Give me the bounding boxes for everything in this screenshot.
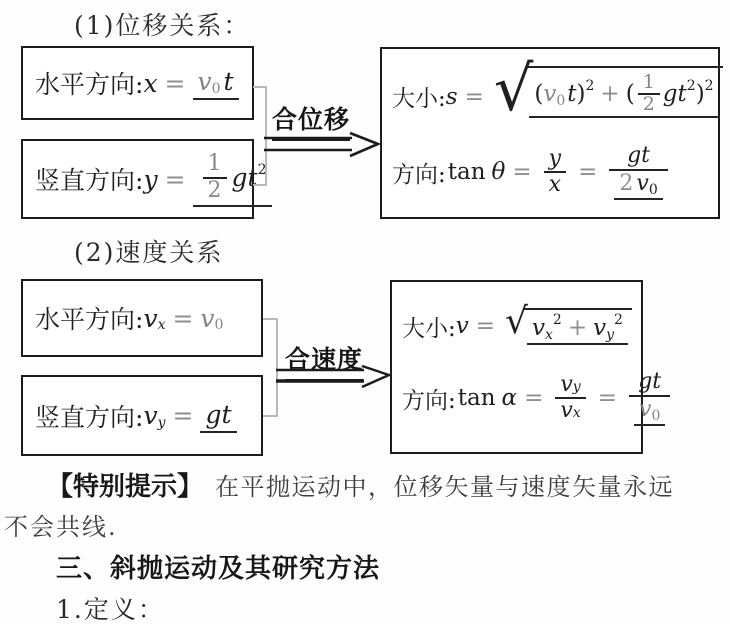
var-t: t (224, 67, 234, 96)
tan: tan (458, 385, 496, 411)
angle-theta: θ (492, 159, 506, 185)
tan: tan (448, 159, 486, 185)
subscript-0: 0 (651, 409, 660, 425)
radicand: v x 2 + v y 2 (524, 308, 632, 345)
var-v: v (200, 304, 214, 333)
paren: ( (534, 81, 543, 107)
section2-title: (2)速度关系 (74, 233, 223, 269)
subscript-y: y (606, 327, 614, 343)
paren: ( (626, 81, 635, 107)
plus-sign: + (568, 315, 587, 341)
var-t: t (678, 81, 687, 107)
equals-sign: = (165, 165, 186, 194)
horizontal-displacement-formula: 水平方向: x = v 0 t (35, 65, 239, 101)
special-note-tag: 【特别提示】 (47, 472, 203, 502)
paren: ) (577, 81, 586, 107)
special-note-text: 在平抛运动中，位移矢量与速度矢量永远 (215, 473, 674, 501)
velocity-direction-formula: 方向: tan α = vy vx = gt v0 (402, 370, 675, 426)
subscript-0: 0 (556, 93, 565, 109)
var-v: v (639, 398, 651, 423)
answer-blank: ( v 0 t ) 2 + ( 1 2 g t 2 (529, 72, 718, 119)
var-v: v (456, 313, 469, 339)
document-page: (1)位移关系： 水平方向: x = v 0 t 竖直方向: y = 1 2 g (0, 0, 729, 625)
var-v: v (143, 304, 157, 333)
radicand: ( v 0 t ) 2 + ( 1 2 g t 2 (526, 66, 722, 119)
equals-sign: = (578, 159, 597, 185)
equals-sign: = (512, 159, 531, 185)
answer-blank: gt (200, 399, 236, 433)
definition-item: 1.定义： (56, 590, 165, 625)
var-v: v (143, 401, 157, 430)
section3-heading: 三、斜抛运动及其研究方法 (56, 548, 380, 585)
var-gt: gt (633, 370, 666, 395)
subscript-x: x (545, 327, 553, 343)
equals-sign: = (524, 385, 543, 411)
velocity-magnitude-formula: 大小: v = √ v x 2 + v y 2 (402, 308, 632, 345)
var-v: v (543, 81, 556, 107)
label: 竖直方向: (35, 398, 143, 434)
var-y: y (143, 165, 157, 194)
equals-sign: = (598, 385, 617, 411)
angle-alpha: α (502, 385, 518, 411)
var-v: v (198, 67, 212, 96)
answer-blank: v0 (634, 397, 665, 427)
fraction-y-over-x: y x (544, 147, 566, 198)
right-arrow-icon (275, 365, 393, 390)
var-gt: gt (205, 400, 231, 429)
superscript-2: 2 (687, 78, 696, 94)
radical-sign-icon: √ (505, 304, 528, 340)
equals-sign: = (172, 401, 193, 430)
vertical-displacement-formula: 竖直方向: y = 1 2 g t 2 (35, 151, 272, 207)
fraction-vy-over-vx: vy vx (555, 373, 585, 424)
special-note-line1: 【特别提示】在平抛运动中，位移矢量与速度矢量永远 (47, 466, 674, 503)
var-s: s (446, 84, 458, 110)
section2-vertical-box: 竖直方向: v y = gt (21, 375, 263, 456)
paren: ) (696, 81, 705, 107)
var-v: v (560, 372, 572, 397)
subscript-y: y (573, 379, 581, 395)
square-root: √ ( v 0 t ) 2 + ( 1 2 (494, 66, 723, 128)
equals-sign: = (476, 313, 495, 339)
subscript-0: 0 (215, 317, 224, 333)
right-arrow-icon (263, 131, 381, 158)
superscript-2: 2 (553, 312, 562, 328)
subscript-0: 0 (649, 183, 658, 199)
label: 方向: (402, 382, 456, 415)
section1-title: (1)位移关系： (74, 6, 250, 42)
equals-sign: = (465, 84, 484, 110)
label: 大小: (392, 80, 446, 113)
label: 水平方向: (35, 65, 143, 101)
fraction-gt-over-v0: gt v0 (629, 370, 670, 426)
var-x: x (143, 69, 157, 98)
superscript-2: 2 (705, 78, 714, 94)
var-g: g (663, 81, 678, 107)
section2-horizontal-box: 水平方向: v x = v 0 (21, 279, 263, 357)
answer-blank: 2 v 0 (614, 171, 662, 201)
section1-vertical-box: 竖直方向: y = 1 2 g t 2 (21, 139, 254, 219)
vertical-velocity-formula: 竖直方向: v y = gt (35, 398, 237, 434)
answer-blank: v 0 t (193, 66, 239, 100)
var-t: t (567, 81, 576, 107)
label: 方向: (392, 156, 446, 189)
label: 竖直方向: (35, 161, 143, 197)
square-root: √ v x 2 + v y 2 (505, 308, 632, 345)
plus-sign: + (600, 81, 619, 107)
answer-blank: v x 2 + v y 2 (527, 314, 628, 345)
coefficient-2: 2 (619, 172, 633, 197)
var-v: v (560, 398, 572, 423)
label: 大小: (402, 310, 456, 343)
fraction-one-half: 1 2 (638, 73, 660, 115)
superscript-2: 2 (614, 312, 623, 328)
superscript-2: 2 (586, 78, 595, 94)
section1-result-box: 大小: s = √ ( v 0 t ) 2 + ( 1 (380, 47, 720, 219)
label: 水平方向: (35, 300, 143, 336)
special-note-line2: 不会共线. (4, 507, 118, 542)
subscript-x: x (573, 405, 581, 421)
section1-horizontal-box: 水平方向: x = v 0 t (21, 46, 254, 120)
fraction-one-half: 1 2 (203, 152, 227, 203)
var-v: v (593, 315, 606, 341)
horizontal-velocity-formula: 水平方向: v x = v 0 (35, 300, 223, 336)
equals-sign: = (165, 69, 186, 98)
subscript-x: x (158, 317, 166, 333)
var-v: v (532, 315, 545, 341)
displacement-direction-formula: 方向: tan θ = y x = gt 2 v 0 (392, 144, 673, 200)
fraction-gt-over-2v0: gt 2 v 0 (609, 144, 667, 200)
equals-sign: = (172, 304, 193, 333)
var-v: v (636, 172, 648, 197)
subscript-0: 0 (212, 81, 221, 97)
radical-sign-icon: √ (494, 58, 534, 120)
section2-result-box: 大小: v = √ v x 2 + v y 2 方向 (390, 280, 643, 454)
var-g: g (232, 163, 248, 192)
displacement-magnitude-formula: 大小: s = √ ( v 0 t ) 2 + ( 1 (392, 66, 723, 128)
subscript-y: y (158, 415, 166, 431)
